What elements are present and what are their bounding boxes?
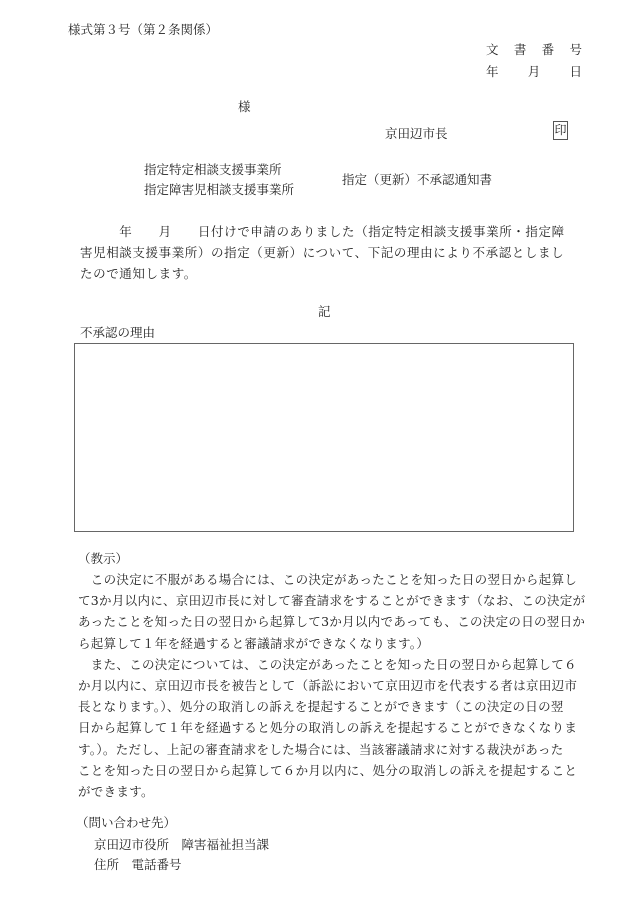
date-day-label: 日: [569, 62, 582, 80]
reason-label: 不承認の理由: [80, 323, 155, 341]
issuer-name: 京田辺市長: [385, 124, 448, 142]
document-title: 指定（更新）不承認通知書: [342, 170, 492, 188]
notice-line: 長となります。）、処分の取消しの訴えを提起することができます（この決定の日の翌: [78, 696, 585, 717]
form-number: 様式第３号（第２条関係）: [68, 20, 218, 38]
notice-line: この決定に不服がある場合には、この決定があったことを知った日の翌日から起算し: [78, 569, 585, 590]
body-paragraph: 年 月 日付けで申請のありました（指定特定相談支援事業所・指定障 害児相談支援事…: [80, 221, 580, 284]
docnum-char: 号: [569, 40, 582, 58]
title-facility-type-1: 指定特定相談支援事業所: [144, 160, 282, 178]
notice-line: ことを知った日の翌日から起算して６か月以内に、処分の取消しの訴えを提起すること: [78, 760, 585, 781]
notice-line: ができます。: [78, 781, 585, 802]
docnum-char: 文: [486, 40, 499, 58]
ki-heading: 記: [318, 302, 331, 320]
date-year-label: 年: [486, 62, 499, 80]
reason-input-box[interactable]: [74, 343, 574, 532]
contact-address-phone: 住所 電話番号: [94, 855, 182, 873]
body-line: 年 月 日付けで申請のありました（指定特定相談支援事業所・指定障: [80, 221, 580, 242]
docnum-char: 書: [514, 40, 527, 58]
contact-heading: （問い合わせ先）: [76, 813, 176, 831]
date-field[interactable]: 年 月 日: [486, 62, 582, 80]
notice-line: か月以内に、京田辺市長を被告として（訴訟において京田辺市を代表する者は京田辺市: [78, 675, 585, 696]
body-line: たので通知します。: [80, 263, 580, 284]
notice-line: て3か月以内に、京田辺市長に対して審査請求をすることができます（なお、この決定が: [78, 590, 585, 611]
notice-line: あったことを知った日の翌日から起算して3か月以内であっても、この決定の日の翌日か: [78, 611, 585, 632]
notice-line: す。）。ただし、上記の審査請求をした場合には、当該審議請求に対する裁決があった: [78, 739, 585, 760]
notice-line: ら起算して１年を経過すると審議請求ができなくなります。）: [78, 633, 585, 654]
date-month-label: 月: [528, 62, 541, 80]
seal-stamp-icon: 印: [553, 121, 568, 140]
contact-department: 京田辺市役所 障害福祉担当課: [94, 835, 269, 853]
title-facility-type-2: 指定障害児相談支援事業所: [144, 180, 294, 198]
document-number-field[interactable]: 文 書 番 号: [486, 40, 582, 58]
notice-line: また、この決定については、この決定があったことを知った日の翌日から起算して６: [78, 654, 585, 675]
docnum-char: 番: [542, 40, 555, 58]
notice-text: この決定に不服がある場合には、この決定があったことを知った日の翌日から起算し て…: [78, 569, 585, 802]
notice-line: 日から起算して１年を経過すると処分の取消しの訴えを提起することができなくなりま: [78, 717, 585, 738]
addressee-honorific: 様: [238, 97, 251, 115]
body-line: 害児相談支援事業所）の指定（更新）について、下記の理由により不承認としまし: [80, 242, 580, 263]
notice-heading: （教示）: [78, 549, 128, 567]
